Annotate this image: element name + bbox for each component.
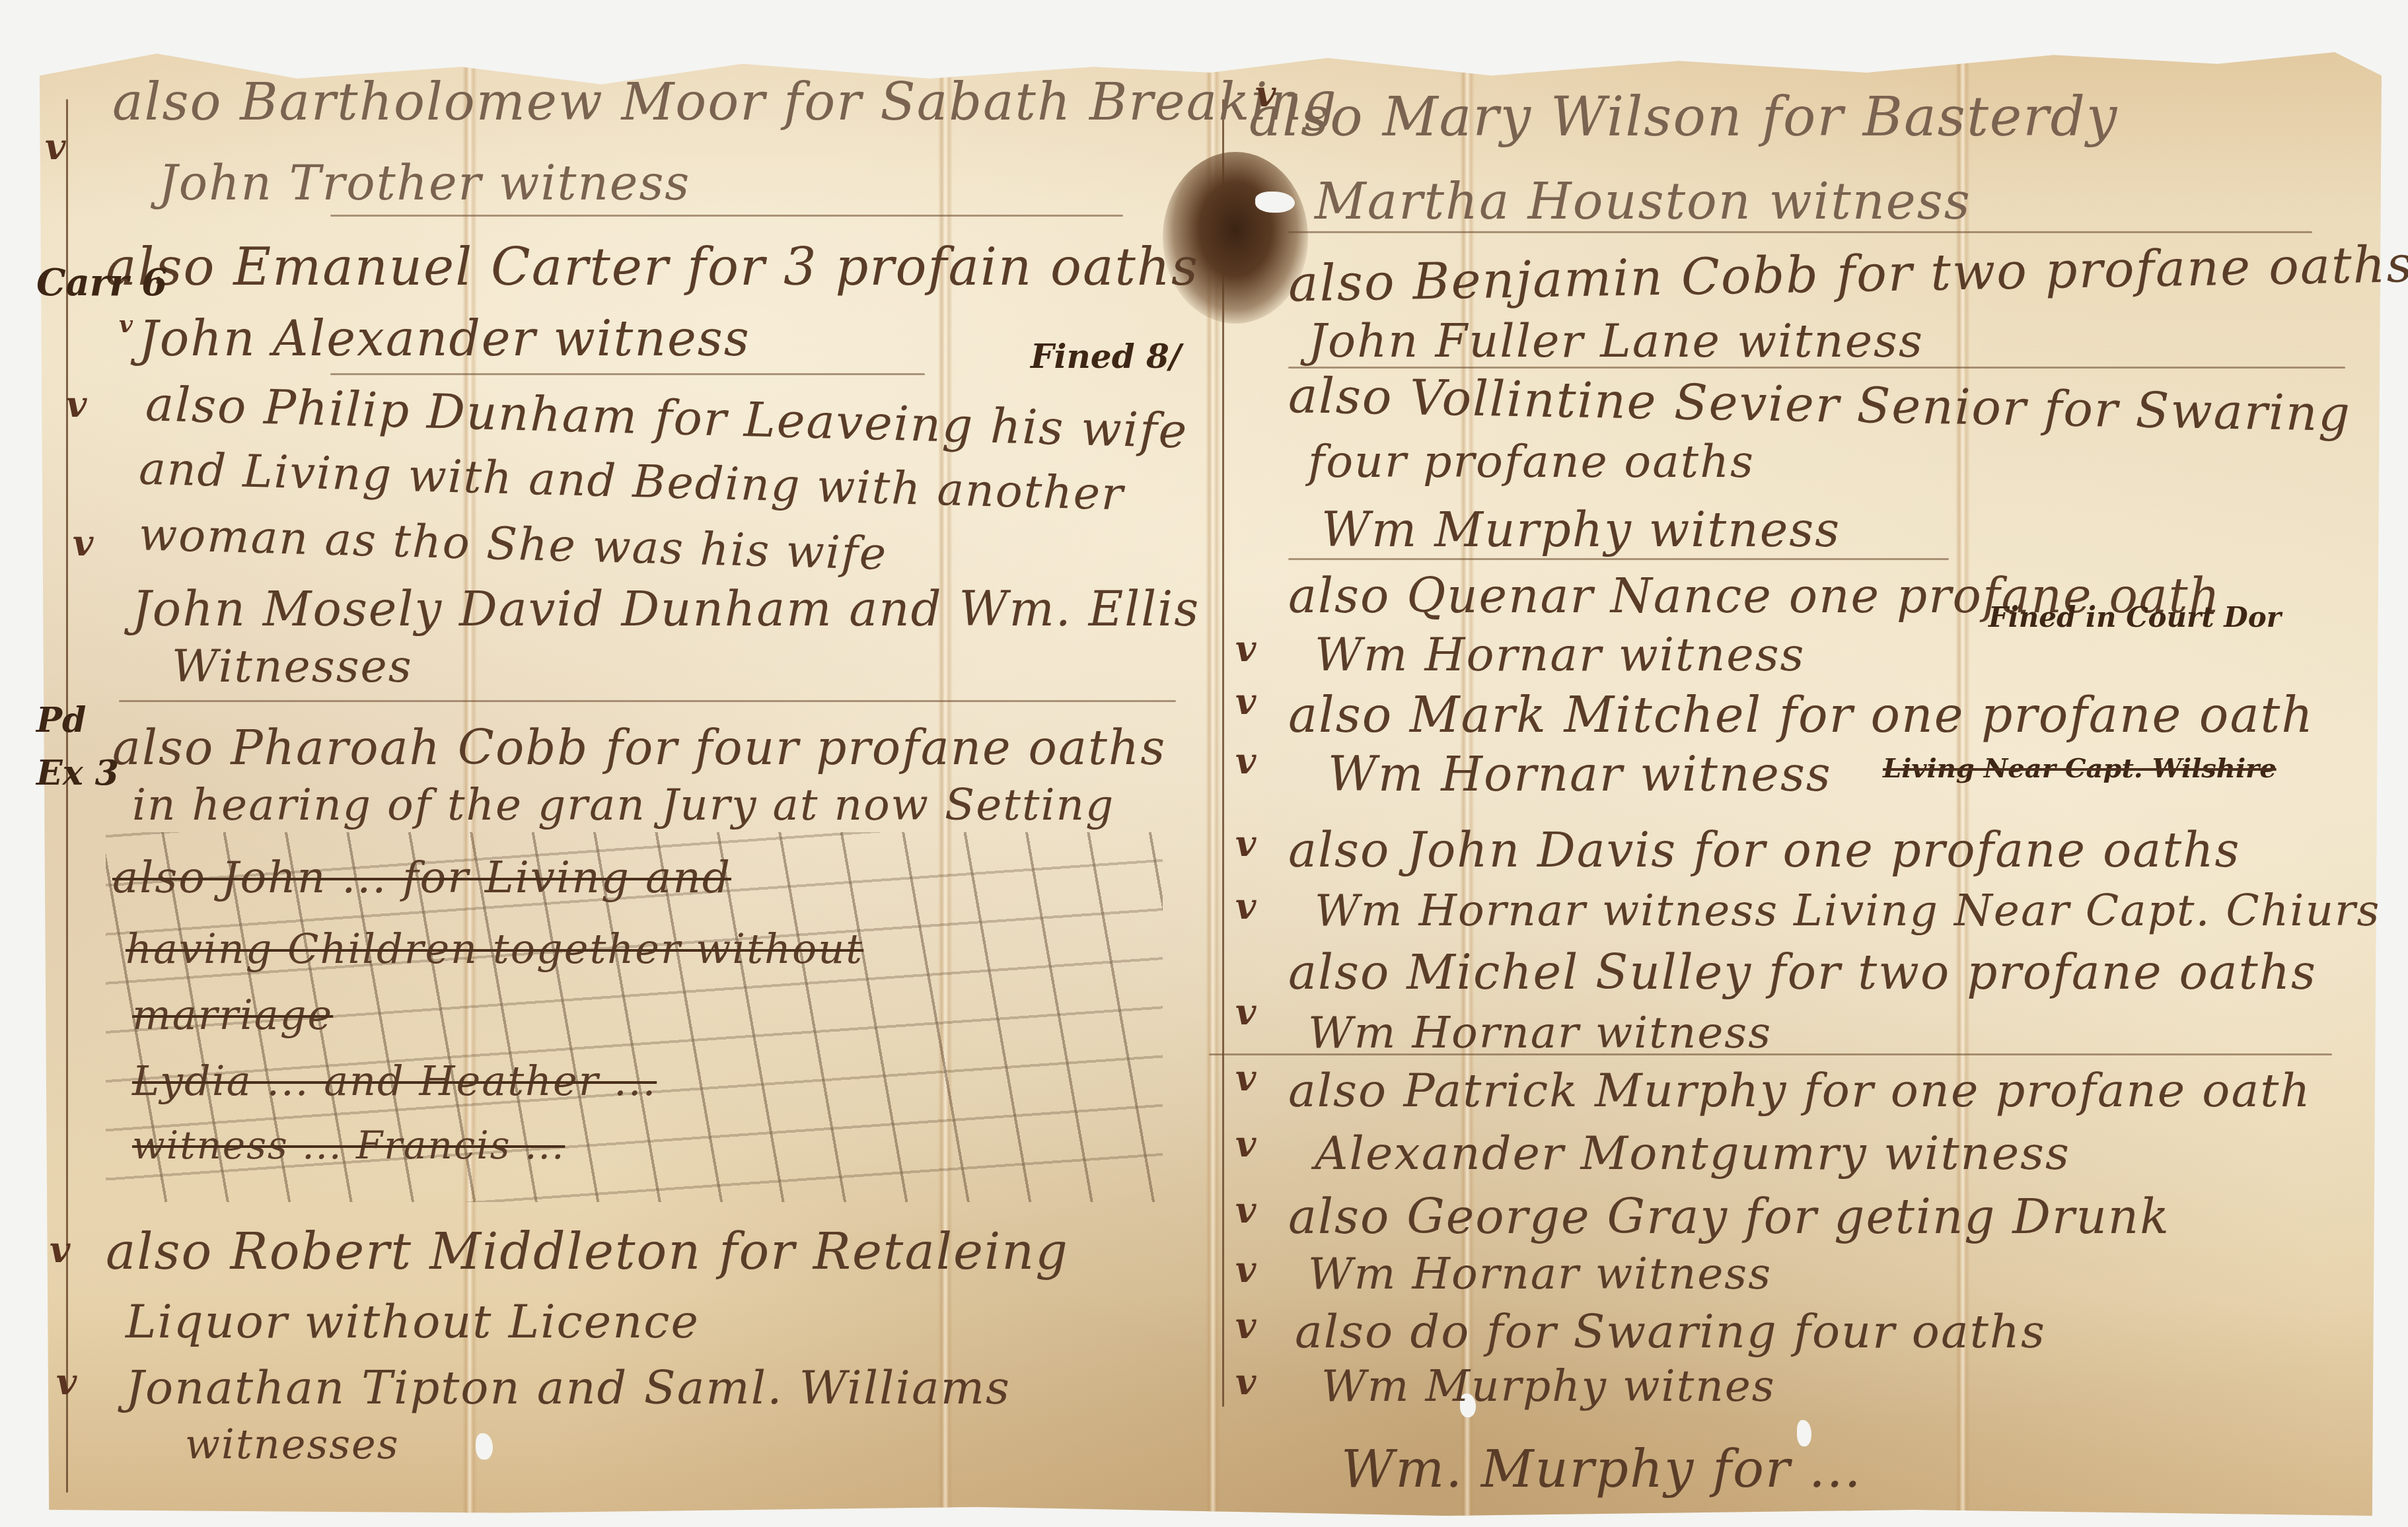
- check-mark: v: [1235, 1304, 1256, 1347]
- separator-line: [1288, 558, 1949, 560]
- struck-line: Lydia ... and Heather ...: [132, 1057, 657, 1105]
- struck-note: Living Near Capt. Wilshire: [1883, 753, 2277, 784]
- separator-line: [330, 373, 925, 375]
- check-mark: v: [1235, 1361, 1256, 1403]
- entry-line: John Fuller Lane witness: [1308, 314, 1924, 368]
- entry-line: Martha Houston witness: [1315, 172, 1971, 231]
- entry-line: also John Davis for one profane oaths: [1288, 822, 2241, 878]
- struck-line: marriage: [132, 991, 333, 1039]
- entry-line: Liquor without Licence: [126, 1295, 700, 1349]
- left-margin-rule: [66, 99, 68, 1493]
- entry-line: witnesses: [185, 1420, 400, 1468]
- check-mark: v: [119, 310, 133, 338]
- struck-line: having Children together without: [126, 925, 863, 973]
- check-mark: v: [1235, 1248, 1256, 1291]
- check-mark: v: [1235, 885, 1256, 927]
- entry-line: Wm Murphy witness: [1321, 502, 1841, 557]
- check-mark: v: [1235, 1123, 1256, 1165]
- entry-line: Wm Hornar witness: [1308, 1248, 1772, 1299]
- paper-hole: [1255, 192, 1295, 213]
- entry-line: also Mark Mitchel for one profane oath: [1288, 687, 2314, 744]
- entry-line: also Patrick Murphy for one profane oath: [1288, 1063, 2311, 1118]
- entry-line: Wm Hornar witness: [1308, 1007, 1772, 1058]
- check-mark: v: [1235, 740, 1256, 782]
- entry-line: also George Gray for geting Drunk: [1288, 1189, 2170, 1244]
- entry-line: Wm Hornar witness: [1328, 746, 1832, 802]
- entry-line: four profane oaths: [1308, 436, 1755, 488]
- check-mark: v: [73, 522, 93, 564]
- entry-line: Wm Murphy witnes: [1321, 1361, 1776, 1411]
- entry-line: also Bartholomew Moor for Sabath Breakin…: [112, 73, 1338, 132]
- margin-note: Pd: [36, 700, 86, 740]
- separator-line: [1288, 231, 2312, 233]
- margin-note: Carr 6: [36, 261, 167, 304]
- check-mark: v: [1235, 627, 1256, 670]
- check-mark: v: [1235, 822, 1256, 865]
- entry-line: in hearing of the gran Jury at now Setti…: [132, 779, 1114, 830]
- entry-line: Wm Hornar witness: [1315, 627, 1806, 682]
- check-mark: v: [1235, 991, 1256, 1033]
- separator-line: [1209, 1053, 2332, 1055]
- entry-line: also do for Swaring four oaths: [1295, 1304, 2046, 1359]
- margin-note: Ex 3: [36, 753, 119, 793]
- entry-line: Witnesses: [172, 641, 413, 693]
- entry-line: also Mary Wilson for Basterdy: [1249, 86, 2118, 149]
- entry-line: also Robert Middleton for Retaleing: [106, 1222, 1069, 1281]
- struck-line: witness ... Francis ...: [132, 1123, 565, 1168]
- entry-line: also Emanuel Carter for 3 profain oaths: [106, 238, 1199, 297]
- entry-line: Wm Hornar witness Living Near Capt. Chiu…: [1315, 885, 2380, 936]
- entry-line: John Mosely David Dunham and Wm. Ellis: [132, 581, 1200, 637]
- entry-line: John Alexander witness: [139, 310, 750, 367]
- entry-line: Alexander Montgumry witness: [1315, 1126, 2070, 1180]
- entry-line: also Michel Sulley for two profane oaths: [1288, 944, 2317, 1000]
- separator-line: [119, 700, 1176, 702]
- check-mark: v: [1235, 680, 1256, 723]
- fined-in-court-annotation: Fined in Court Dor: [1988, 601, 2281, 633]
- signature: Wm. Murphy for ...: [1341, 1440, 1862, 1499]
- entry-line: also Pharoah Cobb for four profane oaths: [112, 720, 1166, 775]
- check-mark: v: [1235, 1189, 1256, 1231]
- check-mark: v: [56, 1361, 77, 1403]
- check-mark: v: [50, 1228, 70, 1271]
- check-mark: v: [66, 383, 87, 425]
- check-mark: v: [1255, 73, 1276, 115]
- check-mark: v: [1235, 1057, 1256, 1099]
- fine-annotation: Fined 8/: [1031, 337, 1181, 376]
- struck-line: also John ... for Living and: [112, 852, 731, 903]
- entry-line: Jonathan Tipton and Saml. Williams: [126, 1361, 1011, 1415]
- separator-line: [1288, 367, 2345, 369]
- paper-hole: [476, 1433, 493, 1460]
- check-mark: v: [45, 125, 65, 168]
- entry-line: John Trother witness: [159, 155, 690, 211]
- separator-line: [330, 215, 1123, 217]
